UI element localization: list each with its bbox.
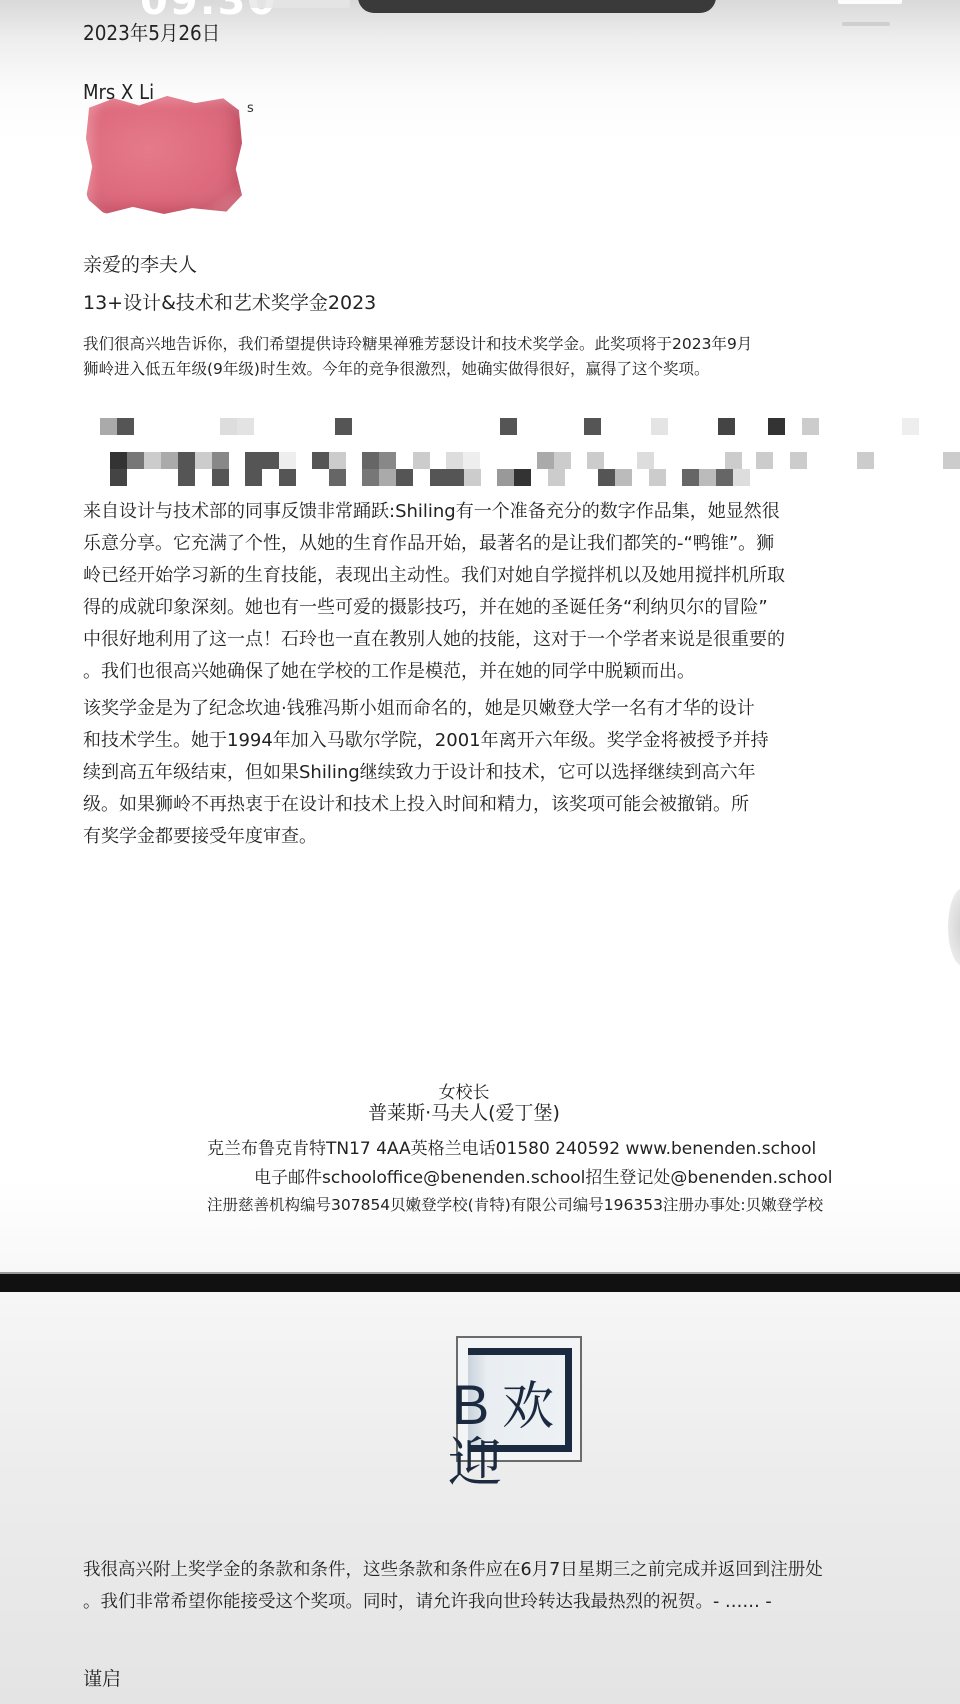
closing-signoff: 谨启: [83, 1664, 121, 1691]
signal-icon: [838, 0, 902, 4]
paragraph-line: 我很高兴附上奖学金的条款和条件，这些条款和条件应在6月7日星期三之前完成并返回到…: [83, 1554, 823, 1586]
paragraph-line: 岭已经开始学习新的生育技能，表现出主动性。我们对她自学搅拌机以及她用搅拌机所取: [83, 560, 960, 592]
letter-subject: 13+设计&技术和艺术奖学金2023: [83, 288, 376, 315]
status-carrier-blur: [250, 0, 350, 8]
paragraph-line: 级。如果狮岭不再热衷于在设计和技术上投入时间和精力，该奖项可能会被撤销。所: [83, 789, 960, 821]
logo-char-2: 迎: [448, 1420, 502, 1497]
paragraph-line: 中很好地利用了这一点！石玲也一直在教别人她的技能，这对于一个学者来说是很重要的: [83, 624, 960, 656]
paragraph-feedback: 来自设计与技术部的同事反馈非常踊跃:Shiling有一个准备充分的数字作品集，她…: [83, 496, 960, 688]
paragraph-line: 乐意分享。它充满了个性，从她的生育作品开始，最著名的是让我们都笑的-“鸭锥”。狮: [83, 528, 960, 560]
recipient-address-tail: s: [247, 101, 254, 116]
paragraph-line: 来自设计与技术部的同事反馈非常踊跃:Shiling有一个准备充分的数字作品集，她…: [83, 496, 960, 528]
letter-page-2: B 欢 迎 我很高兴附上奖学金的条款和条件，这些条款和条件应在6月7日星期三之前…: [0, 1292, 960, 1704]
floating-assistive-button[interactable]: [948, 888, 960, 966]
letter-page-1: 09:30 2023年5月26日 Mrs X Li s 亲爱的李夫人 13+设计…: [0, 0, 960, 1272]
salutation: 亲爱的李夫人: [83, 250, 197, 277]
paragraph-line: 续到高五年级结束，但如果Shiling继续致力于设计和技术，它可以选择继续到高六…: [83, 757, 960, 789]
paragraph-intro: 我们很高兴地告诉你，我们希望提供诗玲糖果禅雅芳瑟设计和技术奖学金。此奖项将于20…: [83, 332, 960, 382]
paragraph-line: 狮岭进入低五年级(9年级)时生效。今年的竞争很激烈，她确实做得很好，赢得了这个奖…: [83, 357, 960, 382]
signature-name: 普莱斯·马夫人(爱丁堡): [0, 1098, 944, 1125]
paragraph-closing-note: 我很高兴附上奖学金的条款和条件，这些条款和条件应在6月7日星期三之前完成并返回到…: [83, 1554, 823, 1618]
paragraph-line: 。我们也很高兴她确保了她在学校的工作是模范，并在她的同学中脱颖而出。: [83, 656, 960, 688]
letter-date: 2023年5月26日: [83, 17, 220, 46]
page-divider: [0, 1272, 960, 1292]
paragraph-line: 和技术学生。她于1994年加入马歇尔学院，2001年离开六年级。奖学金将被授予并…: [83, 725, 960, 757]
battery-icon: [842, 22, 890, 26]
footer-email: 电子邮件schooloffice@benenden.school招生登记处@be…: [254, 1163, 833, 1188]
paragraph-line: 我们很高兴地告诉你，我们希望提供诗玲糖果禅雅芳瑟设计和技术奖学金。此奖项将于20…: [83, 332, 960, 357]
logo-char-1: 欢: [502, 1364, 554, 1439]
pixelated-redaction: [100, 418, 960, 488]
paragraph-line: 该奖学金是为了纪念坎迪·钱雅冯斯小姐而命名的，她是贝嫩登大学一名有才华的设计: [83, 693, 960, 725]
paragraph-line: 有奖学金都要接受年度审查。: [83, 821, 960, 853]
footer-address: 克兰布鲁克肯特TN17 4AA英格兰电话01580 240592 www.ben…: [207, 1134, 816, 1159]
paragraph-line: 。我们非常希望你能接受这个奖项。同时，请允许我向世玲转达我最热烈的祝贺。- ………: [83, 1586, 823, 1618]
paragraph-line: 得的成就印象深刻。她也有一些可爱的摄影技巧，并在她的圣诞任务“利纳贝尔的冒险”: [83, 592, 960, 624]
address-redaction: [86, 96, 242, 214]
dynamic-island: [358, 0, 716, 13]
paragraph-scholarship-terms: 该奖学金是为了纪念坎迪·钱雅冯斯小姐而命名的，她是贝嫩登大学一名有才华的设计 和…: [83, 693, 960, 853]
footer-registration: 注册慈善机构编号307854贝嫩登学校(肯特)有限公司编号196353注册办事处…: [207, 1193, 823, 1215]
